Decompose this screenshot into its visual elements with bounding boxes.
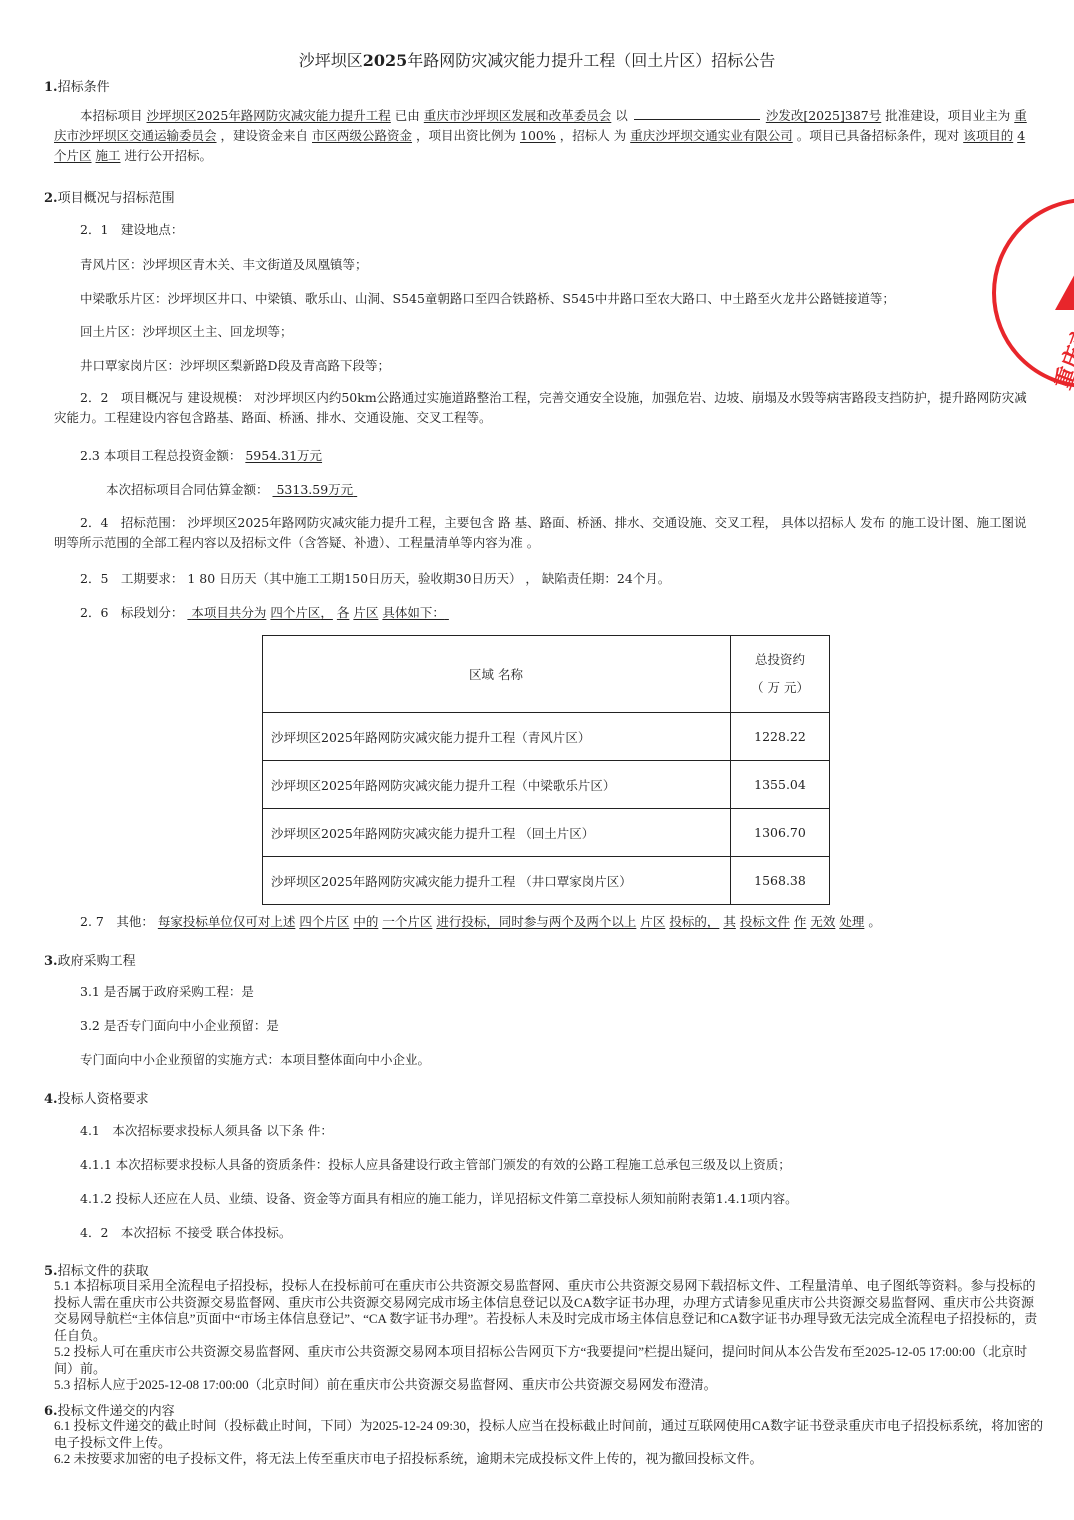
submission-6-1: 6.1 投标文件递交的截止时间（投标截止时间，下同）为2025-12-24 09… [54,1418,1044,1451]
location-zhongliang: 中梁歌乐片区：沙坪坝区井口、中梁镇、歌乐山、山洞、S545童朝路口至四合铁路桥、… [80,289,895,307]
consortium-note: 4．2 本次招标 不接受 联合体投标。 [80,1223,291,1241]
location-jingkou: 井口覃家岗片区：沙坪坝区梨新路D段及青高路下段等； [80,356,390,374]
qualification-intro: 4.1 本次招标要求投标人须具备 以下条 件： [80,1121,333,1139]
qualification-4-1-2: 4.1.2 投标人还应在人员、业绩、设备、资金等方面具有相应的施工能力，详见招标… [80,1189,798,1207]
lot-division: 2．6 标段划分： 本项目共分为 四个片区， 各 片区 具体如下： [80,603,449,621]
doc-acquisition-5-1: 5.1 本招标项目采用全流程电子招投标，投标人在投标前可在重庆市公共资源交易监督… [54,1278,1044,1344]
header-investment: 总投资约（ 万 元） [731,636,830,713]
total-investment: 2.3 本项目工程总投资金额： 5954.31万元 [80,446,322,464]
sme-reserved: 3.2 是否专门面向中小企业预留：是 [80,1016,279,1034]
section-4-heading: 4.投标人资格要求 [44,1088,149,1107]
seal-star-icon [1055,270,1074,310]
submission-6-2: 6.2 未按要求加密的电子投标文件，将无法上传至重庆市电子招投标系统，逾期未完成… [54,1451,1044,1468]
location-qingfeng: 青风片区：沙坪坝区青木关、丰文街道及凤凰镇等； [80,255,368,273]
header-area-name: 区域 名称 [263,636,731,713]
gov-procurement: 3.1 是否属于政府采购工程：是 [80,982,254,1000]
other-notes: 2. 7 其他： 每家投标单位仅可对上述 四个片区 中的 一个片区 进行投标，同… [80,912,881,930]
contract-estimate: 本次招标项目合同估算金额： 5313.59万元 [106,480,357,498]
table-row: 沙坪坝区2025年路网防灾减灾能力提升工程 （回土片区）1306.70 [263,809,830,857]
sme-method: 专门面向中小企业预留的实施方式：本项目整体面向中小企业。 [80,1050,430,1068]
location-huitu: 回土片区：沙坪坝区土主、回龙坝等； [80,322,293,340]
section-5-body: 5.1 本招标项目采用全流程电子招投标，投标人在投标前可在重庆市公共资源交易监督… [54,1278,1044,1394]
section-1-body: 本招标项目 沙坪坝区2025年路网防灾减灾能力提升工程 已由 重庆市沙坪坝区发展… [54,106,1034,166]
table-row: 沙坪坝区2025年路网防灾减灾能力提升工程（青风片区）1228.22 [263,713,830,761]
project-overview: 2．2 项目概况与 建设规模： 对沙坪坝区内约50km公路通过实施道路整治工程，… [54,388,1034,428]
section-1-heading: 1.招标条件 [44,76,110,95]
tender-scope: 2．4 招标范围： 沙坪坝区2025年路网防灾减灾能力提升工程，主要包含 路 基… [54,513,1034,553]
doc-acquisition-5-2: 5.2 投标人可在重庆市公共资源交易监督网、重庆市公共资源交易网本项目招标公告网… [54,1344,1044,1377]
construction-period: 2．5 工期要求： 1 80 日历天（其中施工工期150日历天，验收期30日历天… [80,569,670,587]
section-2-heading: 2.项目概况与招标范围 [44,187,175,206]
section-6-heading: 6.投标文件递交的内容 [44,1400,175,1419]
section-6-body: 6.1 投标文件递交的截止时间（投标截止时间，下同）为2025-12-24 09… [54,1418,1044,1468]
table-row: 沙坪坝区2025年路网防灾减灾能力提升工程 （井口覃家岗片区）1568.38 [263,857,830,905]
section-3-heading: 3.政府采购工程 [44,950,136,969]
qualification-4-1-1: 4.1.1 本次招标要求投标人具备的资质条件：投标人应具备建设行政主管部门颁发的… [80,1155,791,1173]
page-title: 沙坪坝区2025年路网防灾减灾能力提升工程（回土片区）招标公告 [0,48,1074,71]
table-header: 区域 名称 总投资约（ 万 元） [263,636,830,713]
construction-site-label: 2．1 建设地点： [80,220,183,238]
table-row: 沙坪坝区2025年路网防灾减灾能力提升工程（中梁歌乐片区）1355.04 [263,761,830,809]
section-5-heading: 5.招标文件的获取 [44,1260,149,1279]
investment-table: 区域 名称 总投资约（ 万 元） 沙坪坝区2025年路网防灾减灾能力提升工程（青… [262,635,830,905]
doc-acquisition-5-3: 5.3 招标人应于2025-12-08 17:00:00（北京时间）前在重庆市公… [54,1377,1044,1394]
